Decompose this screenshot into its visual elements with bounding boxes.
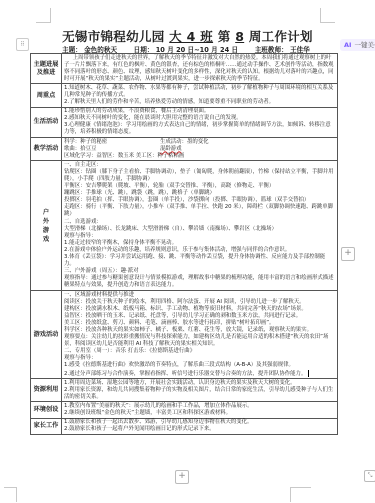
title-week-prefix: 第 — [218, 29, 231, 44]
list-item: 1.知道树木、花草、蔬菜、农作物、水果等都有种子，尝试种植活动，初步了解植物种子… — [64, 85, 335, 99]
add-row-button[interactable]: + — [175, 470, 189, 484]
teaching-row: 科学：种子的秘密 生成活动：墨的变化 — [64, 139, 335, 146]
list-item: 美工区：投放纸盒、剪刀、颜料、毛笔、滴画棒、胶水等进行拓印，拼贴“树叶拓印画”。 — [64, 320, 335, 327]
teaching-row: 歌曲：拾豆豆 混龄游戏 — [64, 146, 335, 153]
cell-theme-progress[interactable]: 上周带领孩子们走进秋天的世界，了解秋天的季节特征并激发对大自然的热爱。本周我们将… — [62, 54, 338, 84]
table-row: 环境创设 1.教室内布置“美丽的秋天”：展示幼儿的绘画和手工作品，增加立体作品展… — [31, 402, 338, 418]
document-title: 无锡市锦程幼儿园 大 4 班 第 8 周工作计划 — [0, 27, 375, 45]
list-item: 一、区域游戏材料提供与推进 — [64, 292, 335, 299]
list-item: 观察指导：通过参与糖果创意设计与情景模拟游戏，理解故事中糖果的梳理功能，能用丰富… — [64, 275, 335, 289]
list-item: 2.鼓励家长和孩子一起将户外见闻用绘画日记的形式记录下来。 — [64, 426, 335, 433]
add-column-button[interactable]: + — [341, 247, 355, 261]
list-item: 1.能走过较窄的平衡木，保持身体平衡不晃动。 — [64, 240, 335, 247]
table-row: 教学活动 科学：种子的秘密 生成活动：墨的变化 歌曲：拾豆豆 混龄游戏 区域化学… — [31, 138, 338, 161]
theme-progress-text: 上周带领孩子们走进秋天的世界，了解秋天的季节特征并激发对大自然的热爱。本周我们将… — [64, 55, 335, 83]
list-item: 2.继续创设班级“金色的秋天”主题墙，丰富美工区和科探区游戏材料。 — [64, 410, 335, 417]
row-label-game-activity: 游戏活动 — [31, 291, 62, 379]
ai-icon: AI — [344, 41, 351, 49]
table-row: 主题进展及推进 上周带领孩子们走进秋天的世界，了解秋天的季节特征并激发对大自然的… — [31, 54, 338, 84]
list-item: 走跑区：骑行（平衡、下肢力量），小推车（双手推、单手拉、快跑 20 米），障碍栏… — [64, 204, 335, 218]
row-label-weekly-focus: 周重点 — [31, 84, 62, 107]
cell-parent-work[interactable]: 1.鼓励家长和孩子一起出去散步、郊游，引导幼儿感知身边事物在秋天的变化。 2.鼓… — [62, 418, 338, 434]
list-item: 阅读区：投放关于秋天种子的绘本，利用四格、阿尔法蛋、开展 AI 阅读，引导幼儿进… — [64, 299, 335, 306]
list-item: 2.利用家长资源，和幼儿共同搜集着物种子的实物及相关图片，结合日常的家庭生活，引… — [64, 387, 335, 401]
ai-button-label: 一键美化 — [354, 41, 375, 49]
row-label-environment: 环境创设 — [31, 402, 62, 418]
list-item: 观察与指导： — [64, 233, 335, 240]
row-label-teaching-activity: 教学活动 — [31, 138, 62, 161]
drag-handle-icon[interactable]: ⠿ — [16, 38, 29, 51]
list-item: 大型滑梯（北操场）、长龙跳床、大型滑滑梯（自）、攀岩墙（南操场）、攀岩区（北操场… — [64, 226, 335, 233]
cell-resource-use[interactable]: 1.利用周边菜场、湿地公园等地方，开展社会实践活动，认识身边秋天的果实及秋天大树… — [62, 379, 338, 402]
cell-game-activity[interactable]: 一、区域游戏材料提供与推进 阅读区：投放关于秋天种子的绘本，利用四格、阿尔法蛋、… — [62, 291, 338, 379]
kindergarten-name: 无锡市锦程幼儿园 — [62, 29, 164, 44]
list-item: 2.通过分声部练习与合作演奏，掌握看指挥、听信号进行乐器交替与合奏的方法，提升团… — [64, 371, 306, 377]
list-item: 二、专用室（周一）：音乐 打击乐：《拉德斯基进行曲》 — [64, 348, 335, 355]
row-label-resource-use: 资源利用 — [31, 379, 62, 402]
list-item: 1.感受《拉德斯基进行曲》欢快激昂的节奏特点，了解乐曲三段式结构（A-B-A）及… — [64, 362, 335, 369]
title-suffix: 周工作计划 — [249, 29, 313, 44]
list-item: 建构区：投放满水积木、纸板马箱、标识、手工动物、植物等废旧材料，共同完善“秋天的… — [64, 306, 335, 313]
teaching-item: 科学：种子的秘密 — [64, 139, 160, 146]
teaching-item: 歌曲：拾豆豆 — [64, 146, 160, 153]
row-label-theme-progress: 主题进展及推进 — [31, 54, 62, 84]
list-item: 一、自主走区： — [64, 162, 335, 169]
row-label-outdoor-games: 户外游戏 — [31, 161, 62, 291]
list-item: 科学区：投放各种秋天的果实如柿子、橘子、板栗、红薯、花生等，放大镜，记录纸，观察… — [64, 327, 335, 334]
table-row: 游戏活动 一、区域游戏材料提供与推进 阅读区：投放关于秋天种子的绘本，利用四格、… — [31, 291, 338, 379]
page-corner-mark — [290, 487, 311, 502]
cell-environment[interactable]: 1.教室内布置“美丽的秋天”：展示幼儿的绘画和手工作品，增加立体作品展示。 2.… — [62, 402, 338, 418]
text-cursor — [308, 370, 309, 377]
teaching-item: 混龄游戏 — [160, 146, 182, 153]
week-number: 8 — [235, 29, 244, 44]
expand-icon[interactable]: ⤡ — [364, 470, 375, 482]
list-item: 2.在游戏中体验户外运动的乐趣，培养规则意识，乐于参与集体活动，增强与同伴的合作… — [64, 247, 335, 254]
cell-weekly-focus[interactable]: 1.知道树木、花草、蔬菜、农作物、水果等都有种子，尝试种植活动，初步了解植物种子… — [62, 84, 338, 107]
page-corner-mark — [4, 487, 17, 502]
list-item: 二、自选游戏： — [64, 219, 335, 226]
table-row: 户外游戏 一、自主走区： 钻爬区：钻圈（膝下身子主看抬、手脚协调动），垫子（匍匐… — [31, 161, 338, 291]
zone-learning-line: 区域化学习：益智区：数玉米 美工区：种子粘粘画 — [64, 153, 335, 160]
cell-teaching-activity[interactable]: 科学：种子的秘密 生成活动：墨的变化 歌曲：拾豆豆 混龄游戏 区域化学习：益智区… — [62, 138, 338, 161]
teaching-item: 生成活动：墨的变化 — [160, 139, 209, 146]
list-item: 观察要点：关注幼儿的扶彩重搬情况与科技探索能力，如建构区幼儿是否能运用合适的积木… — [64, 334, 335, 348]
class-name: 大 4 班 — [169, 29, 213, 44]
table-row: 生活活动 1.能珍惜别人的劳动成果，不浪费粮食，餐后主动清理桌面。 2.感知秋天… — [31, 107, 338, 137]
row-label-life-activity: 生活活动 — [31, 107, 62, 137]
ai-beautify-button[interactable]: AI一键美化 — [340, 39, 375, 51]
table-row: 家长工作 1.鼓励家长和孩子一起出去散步、郊游，引导幼儿感知身边事物在秋天的变化… — [31, 418, 338, 434]
page-corner-mark — [36, 8, 51, 23]
cell-outdoor-games[interactable]: 一、自主走区： 钻爬区：钻圈（膝下身子主看抬、手脚协调动），垫子（匍匐爬，身体朝… — [62, 161, 338, 291]
outdoor-games-label-text: 户外游戏 — [42, 208, 50, 244]
list-item: 益智区：投放晒干的玉米、记录纸、托盘等，引导幼儿学习正确的剥和数玉米方法，共同进… — [64, 313, 335, 320]
list-item: 2.了解秋天里人们的劳作和辛苦，培养热爱劳动的情感，知道要尊重不同职业的劳动者。 — [64, 99, 335, 106]
list-item: 3.体育《丢豆袋》：学习并尝试运用跑、接、跳、平衡等动作丢豆袋，提升身体协调性、… — [64, 254, 335, 268]
list-item: 钻爬区：钻圈（膝下身子主看抬、手脚协调动），垫子（匍匐爬，身体朝前翻滚），竹梯（… — [64, 169, 335, 183]
page-corner-mark — [320, 8, 335, 23]
list-item: 1.教室内布置“美丽的秋天”：展示幼儿的绘画和手工作品，增加立体作品展示。 — [64, 403, 335, 410]
list-item: 1.利用周边菜场、湿地公园等地方，开展社会实践活动，认识身边秋天的果实及秋天大树… — [64, 380, 335, 387]
table-row: 资源利用 1.利用周边菜场、湿地公园等地方，开展社会实践活动，认识身边秋天的果实… — [31, 379, 338, 402]
list-item: 3.心理健康《情绪泡泡》：学习用绘画的方式表达自己的情绪，初步掌握简单的情绪调节… — [64, 122, 335, 136]
row-label-parent-work: 家长工作 — [31, 418, 62, 434]
list-item-with-cursor: 2.通过分声部练习与合作演奏，掌握看指挥、听信号进行乐器交替与合奏的方法，提升团… — [64, 370, 335, 378]
cell-life-activity[interactable]: 1.能珍惜别人的劳动成果，不浪费粮食，餐后主动清理桌面。 2.感知秋天不同树叶的… — [62, 107, 338, 137]
weekly-plan-table: 主题进展及推进 上周带领孩子们走进秋天的世界，了解秋天的季节特征并激发对大自然的… — [30, 53, 338, 435]
table-row: 周重点 1.知道树木、花草、蔬菜、农作物、水果等都有种子，尝试种植活动，初步了解… — [31, 84, 338, 107]
